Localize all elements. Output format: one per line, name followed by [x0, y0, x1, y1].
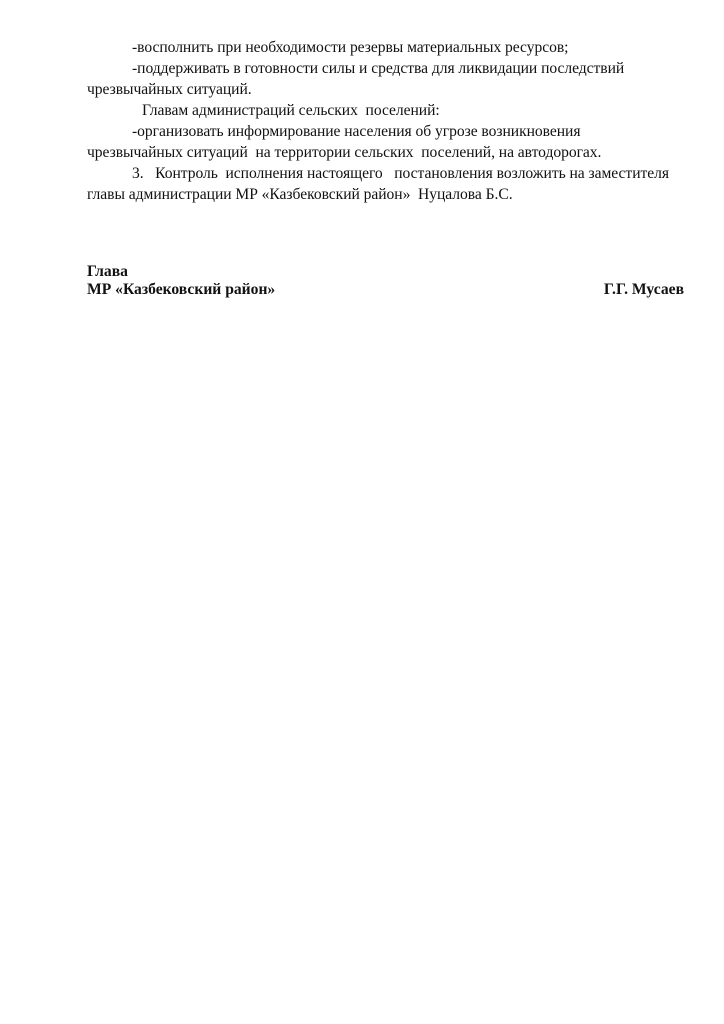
paragraph-maintain-readiness: -поддерживать в готовности силы и средст…: [132, 59, 624, 79]
paragraph-restore-reserves: -восполнить при необходимости резервы ма…: [132, 38, 568, 58]
paragraph-organize-informing: -организовать информирование населения о…: [132, 122, 580, 142]
paragraph-organize-informing-cont: чрезвычайных ситуаций на территории сель…: [87, 143, 601, 163]
paragraph-heads-of-settlements: Главам администраций сельских поселений:: [142, 101, 440, 121]
paragraph-maintain-readiness-cont: чрезвычайных ситуаций.: [87, 80, 252, 100]
signature-title-line1: Глава: [87, 262, 128, 282]
signature-title-line2: МР «Казбековский район»: [87, 280, 275, 300]
paragraph-control-execution: 3. Контроль исполнения настоящего постан…: [132, 164, 669, 184]
signature-name: Г.Г. Мусаев: [604, 280, 684, 300]
document-page: -восполнить при необходимости резервы ма…: [0, 0, 724, 1024]
paragraph-control-execution-cont: главы администрации МР «Казбековский рай…: [87, 185, 513, 205]
